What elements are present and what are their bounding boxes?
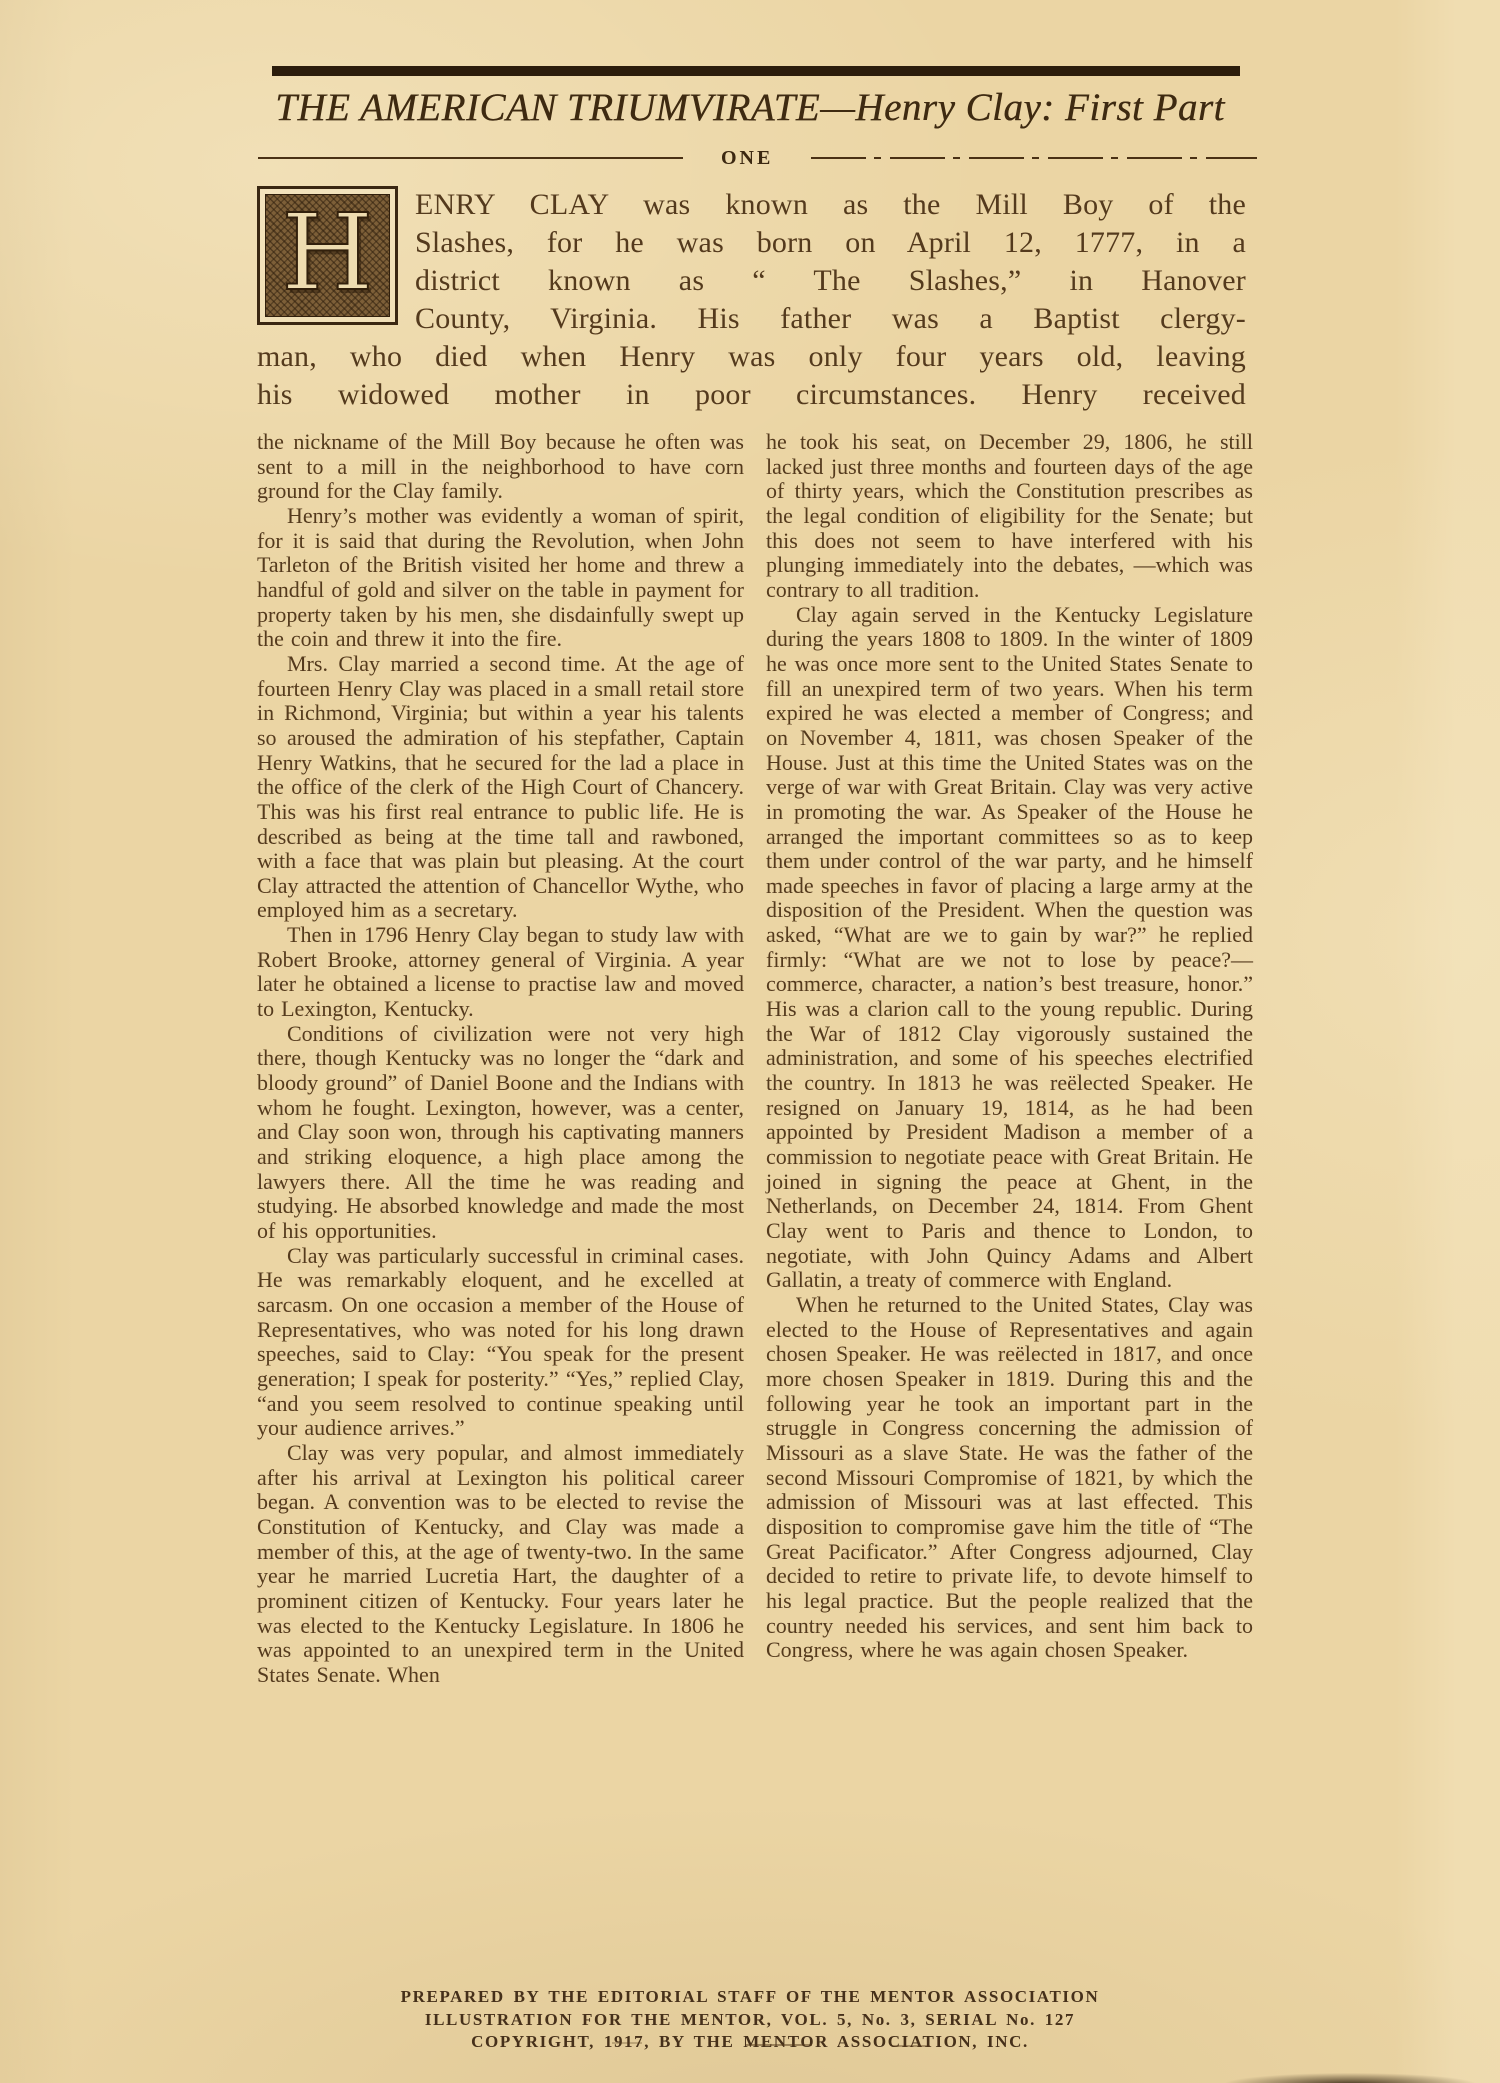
paragraph: Clay again served in the Kentucky Legisl… bbox=[766, 603, 1253, 1293]
stray-ink-mark bbox=[746, 2044, 812, 2046]
page-edge-smudge bbox=[1225, 2073, 1475, 2083]
paragraph: When he returned to the United States, C… bbox=[766, 1293, 1253, 1663]
paragraph: Mrs. Clay married a second time. At the … bbox=[257, 652, 744, 923]
lead-paragraph: H ENRY CLAY was known as the Mill Boy of… bbox=[257, 186, 1246, 414]
paragraph: Conditions of civilization were not very… bbox=[257, 1022, 744, 1244]
paragraph: he took his seat, on December 29, 1806, … bbox=[766, 430, 1253, 603]
stray-ink-mark bbox=[892, 2045, 930, 2047]
text-column-right: he took his seat, on December 29, 1806, … bbox=[766, 430, 1253, 1663]
section-label: ONE bbox=[721, 148, 773, 168]
paragraph: Clay was very popular, and almost immedi… bbox=[257, 1441, 744, 1688]
top-rule bbox=[272, 66, 1240, 76]
text-column-left: the nickname of the Mill Boy because he … bbox=[257, 430, 744, 1687]
paragraph: Henry’s mother was evidently a woman of … bbox=[257, 504, 744, 652]
section-divider: ONE bbox=[258, 146, 1257, 170]
paragraph: the nickname of the Mill Boy because he … bbox=[257, 430, 744, 504]
drop-cap-box: H bbox=[257, 186, 398, 325]
footer-line-2: ILLUSTRATION FOR THE MENTOR, VOL. 5, No.… bbox=[0, 2009, 1500, 2032]
page-sheet: THE AMERICAN TRIUMVIRATE—Henry Clay: Fir… bbox=[0, 0, 1500, 2083]
drop-cap-hatch: H bbox=[265, 194, 390, 317]
lead-line: Slashes, for he was born on April 12, 17… bbox=[257, 224, 1246, 262]
footer-line-3: COPYRIGHT, 1917, BY THE MENTOR ASSOCIATI… bbox=[0, 2031, 1500, 2054]
paragraph: Clay was particularly successful in crim… bbox=[257, 1244, 744, 1441]
drop-cap-letter: H bbox=[281, 200, 373, 306]
divider-line-left bbox=[258, 157, 683, 159]
footer-line-1: PREPARED BY THE EDITORIAL STAFF OF THE M… bbox=[0, 1986, 1500, 2009]
lead-line: County, Virginia. His father was a Bapti… bbox=[257, 300, 1246, 338]
stray-ink-mark bbox=[612, 2042, 642, 2044]
lead-line: his widowed mother in poor circumstances… bbox=[257, 376, 1246, 414]
lead-line: district known as “ The Slashes,” in Han… bbox=[257, 262, 1246, 300]
lead-line: man, who died when Henry was only four y… bbox=[257, 338, 1246, 376]
lead-line: ENRY CLAY was known as the Mill Boy of t… bbox=[257, 186, 1246, 224]
page-title: THE AMERICAN TRIUMVIRATE—Henry Clay: Fir… bbox=[250, 84, 1250, 132]
divider-line-right bbox=[811, 157, 1257, 159]
paragraph: Then in 1796 Henry Clay began to study l… bbox=[257, 923, 744, 1022]
